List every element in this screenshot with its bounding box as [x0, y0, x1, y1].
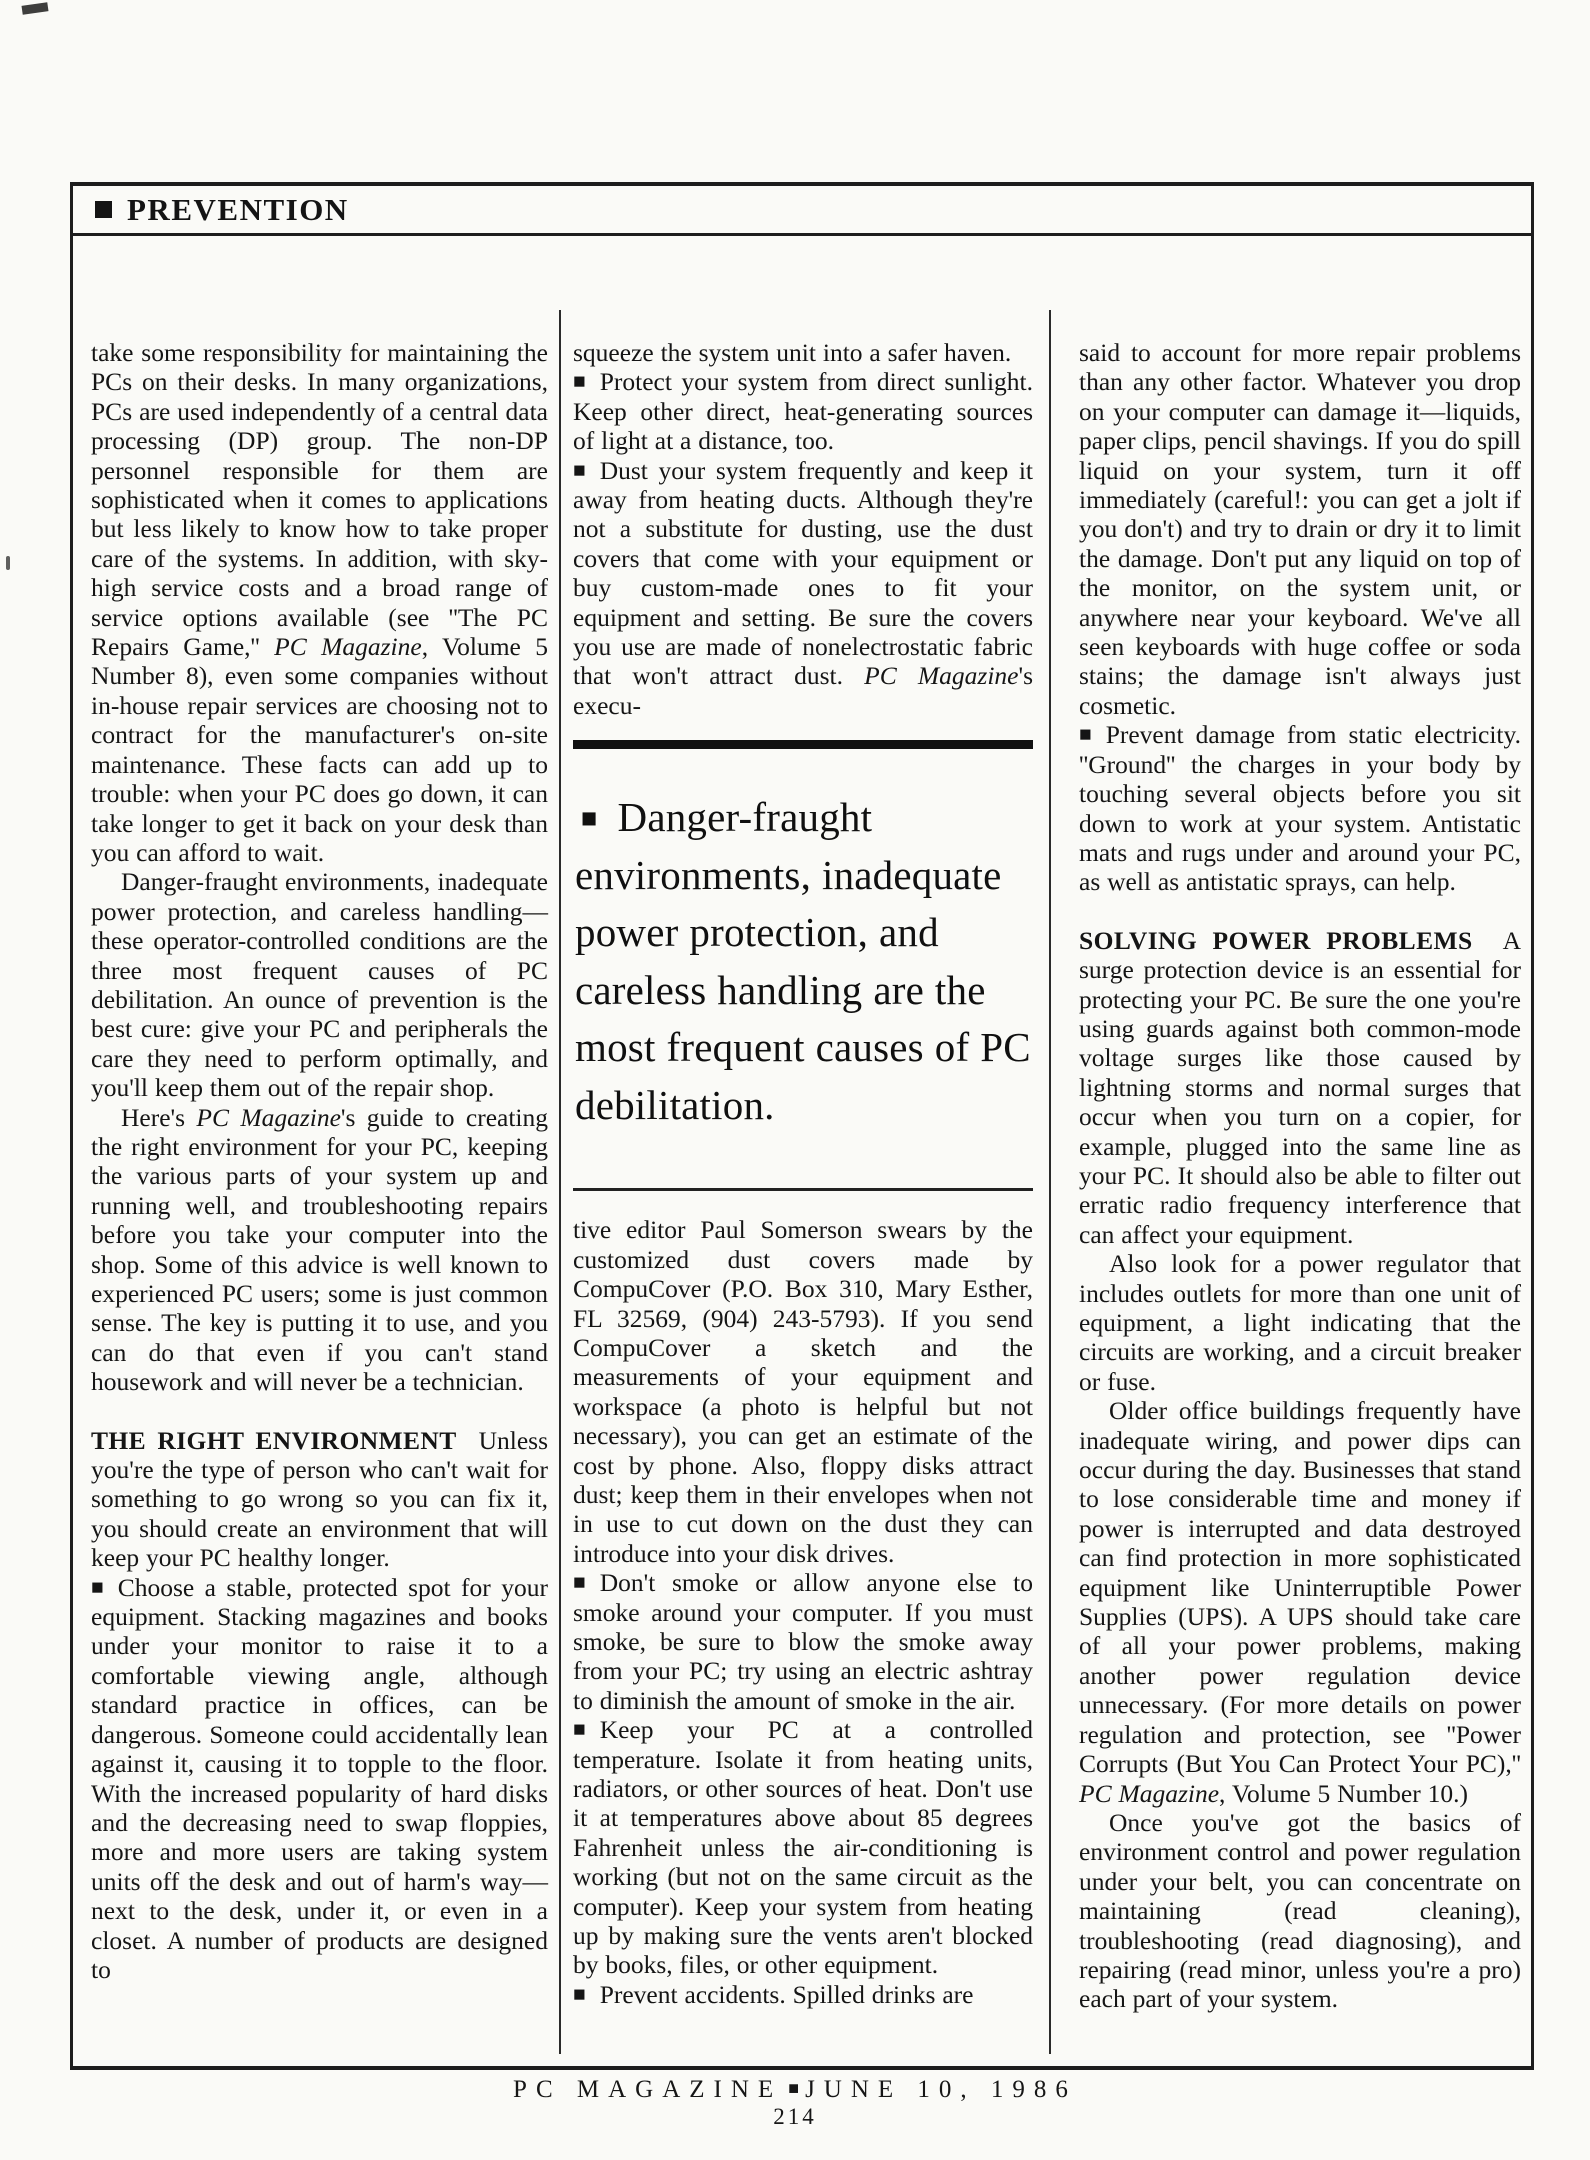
column-2: squeeze the system unit into a safer hav… — [573, 338, 1033, 2009]
article-frame: PREVENTION take some responsibility for … — [70, 182, 1534, 2070]
run-in-heading: THE RIGHT ENVIRONMENT — [91, 1426, 457, 1455]
paragraph: take some responsibility for maintaining… — [91, 338, 548, 867]
column-divider — [559, 310, 561, 2054]
bullet-icon: ■ — [1079, 724, 1092, 745]
column-2-upper-text: squeeze the system unit into a safer hav… — [573, 338, 1033, 720]
footer: PC MAGAZINE■JUNE 10, 1986 — [0, 2076, 1590, 2104]
paragraph: squeeze the system unit into a safer hav… — [573, 338, 1033, 367]
paragraph: ■Don't smoke or allow anyone else to smo… — [573, 1568, 1033, 1715]
column-divider — [1049, 310, 1051, 2054]
paragraph: Also look for a power regulator that inc… — [1079, 1249, 1521, 1396]
scan-artifact — [22, 2, 49, 15]
paragraph: Danger-fraught environments, inadequate … — [91, 867, 548, 1102]
pull-quote-bullet-icon: ■ — [581, 805, 598, 832]
paragraph: ■Protect your system from direct sunligh… — [573, 367, 1033, 455]
bullet-icon: ■ — [573, 1719, 586, 1740]
paragraph: ■Dust your system frequently and keep it… — [573, 456, 1033, 721]
pull-quote-text: Danger-fraught environments, inadequate … — [575, 794, 1031, 1128]
bullet-icon: ■ — [91, 1577, 104, 1598]
footer-date: JUNE 10, 1986 — [805, 2076, 1077, 2103]
bullet-icon: ■ — [573, 1572, 586, 1593]
paragraph: said to account for more repair problems… — [1079, 338, 1521, 720]
section-title: PREVENTION — [127, 192, 349, 228]
paragraph: THE RIGHT ENVIRONMENT Unless you're the … — [91, 1426, 548, 1573]
column-1: take some responsibility for maintaining… — [91, 338, 548, 1984]
column-2-lower-text: tive editor Paul Somerson swears by the … — [573, 1215, 1033, 2009]
paragraph: Here's PC Magazine's guide to creating t… — [91, 1103, 548, 1397]
footer-bullet-icon: ■ — [788, 2078, 799, 2099]
paragraph: ■Keep your PC at a controlled temperatur… — [573, 1715, 1033, 1980]
pull-quote: ■Danger-fraught environments, inadequate… — [573, 740, 1033, 1191]
section-bullet-icon — [95, 201, 112, 218]
paragraph: SOLVING POWER PROBLEMS A surge protectio… — [1079, 926, 1521, 1249]
run-in-heading: SOLVING POWER PROBLEMS — [1079, 926, 1473, 955]
section-header: PREVENTION — [73, 182, 1531, 236]
paragraph: Once you've got the basics of environmen… — [1079, 1808, 1521, 2014]
paragraph: Older office buildings frequently have i… — [1079, 1396, 1521, 1808]
scan-artifact — [6, 556, 10, 570]
paragraph: tive editor Paul Somerson swears by the … — [573, 1215, 1033, 1568]
paragraph: ■Prevent damage from static electricity.… — [1079, 720, 1521, 896]
bullet-icon: ■ — [573, 460, 586, 481]
page-number: 214 — [0, 2104, 1590, 2130]
bullet-icon: ■ — [573, 371, 586, 392]
paragraph: ■Prevent accidents. Spilled drinks are — [573, 1980, 1033, 2009]
paragraph: ■Choose a stable, protected spot for you… — [91, 1573, 548, 1985]
bullet-icon: ■ — [573, 1984, 586, 2005]
footer-magazine-name: PC MAGAZINE — [513, 2076, 782, 2103]
column-3: said to account for more repair problems… — [1079, 338, 1521, 2014]
